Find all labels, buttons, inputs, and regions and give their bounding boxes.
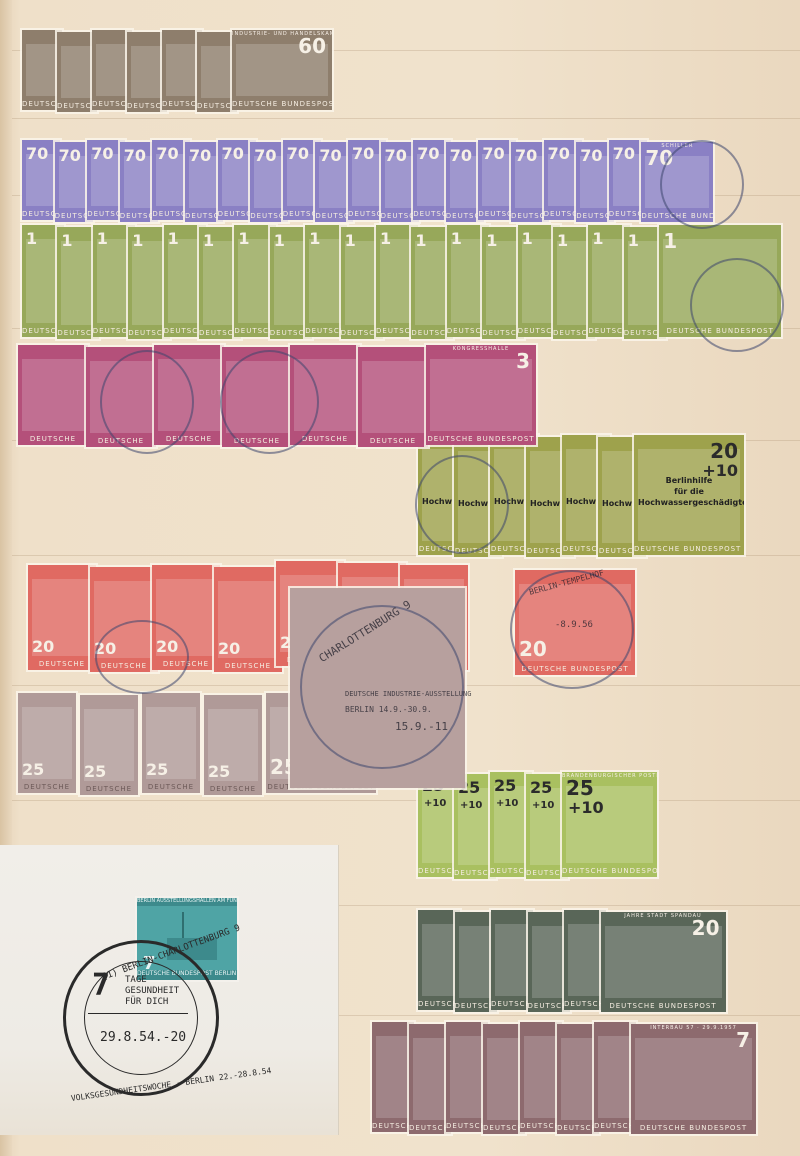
stamp-denomination: 20 — [692, 916, 720, 940]
stamp-overlapped: 7DEUTSCHE — [594, 1022, 636, 1132]
stamp-denomination: 1 — [486, 231, 497, 250]
stamp-vignette — [22, 359, 84, 431]
stamp-denomination: 25 — [566, 776, 594, 800]
stamp-surcharge: +10 — [496, 798, 518, 809]
stamp-full: 1DEUTSCHE BUNDESPOST — [659, 225, 781, 337]
stamp-overlapped: 3DEUTSCHE — [358, 347, 428, 447]
stamp-denomination: 20 — [32, 637, 54, 656]
stamp-vignette — [96, 44, 128, 96]
stamp-vignette — [380, 239, 414, 323]
strip-line — [12, 800, 800, 801]
stamp-caption: DEUTSCHE — [204, 785, 262, 793]
stamp-header: SCHILLER — [641, 143, 713, 149]
stamp-vignette — [203, 241, 237, 325]
stamp-vignette — [90, 361, 152, 433]
stamp-vignette — [663, 239, 777, 323]
stamp-overlapped: 25DEUTSCHE — [204, 695, 262, 795]
stamp-denomination: 1 — [415, 231, 426, 250]
stamp-vignette — [226, 361, 288, 433]
stamp-vignette — [557, 241, 591, 325]
stamp-caption: DEUTSCHE — [90, 662, 158, 670]
stamp-caption: DEUTSCHE — [483, 1124, 525, 1132]
stamp-denomination: 1 — [451, 229, 462, 248]
stamp-denomination: 70 — [417, 144, 439, 163]
stamp-vignette — [201, 46, 233, 98]
stamp-denomination: 1 — [274, 231, 285, 250]
postmark-text: DEUTSCHE INDUSTRIE-AUSSTELLUNG — [345, 690, 471, 698]
stamp-full: 25+10BRANDENBURGISCHER POSTREITER 1700DE… — [562, 772, 657, 877]
stamp-vignette — [362, 361, 424, 433]
postmark-text: 15.9.-11 — [395, 720, 448, 733]
stamp-surcharge: +10 — [568, 798, 604, 817]
stamp-vignette — [451, 239, 485, 323]
stamp-denomination: 1 — [132, 231, 143, 250]
stamp-overlapped: 7DEUTSCHE — [409, 1024, 451, 1134]
stamp-caption: DEUTSCHE — [557, 1124, 599, 1132]
stamp-vignette — [487, 1038, 521, 1120]
stamp-overprint: Hochw — [566, 497, 596, 506]
stamp-denomination: 1 — [203, 231, 214, 250]
stamp-caption: DEUTSCHE BUNDESPOST BERLIN — [634, 545, 744, 553]
stamp-denomination: 70 — [254, 146, 276, 165]
stamp-full: 7INTERBAU 57 · 29.9.1957DEUTSCHE BUNDESP… — [631, 1024, 756, 1134]
stamp-vignette — [422, 924, 456, 996]
stamp-overlapped: 60DEUTSCHE — [22, 30, 62, 110]
stamp-vignette — [26, 44, 58, 96]
stamp-denomination: 70 — [222, 144, 244, 163]
stamp-overlapped: 60DEUTSCHE — [92, 30, 132, 110]
stamp-overlapped: 7DEUTSCHE — [557, 1024, 599, 1134]
stamp-denomination: 25 — [146, 760, 168, 779]
stamp-denomination: 70 — [287, 144, 309, 163]
stamp-denomination: 1 — [557, 231, 568, 250]
stamp-denomination: 1 — [522, 229, 533, 248]
stamp-caption: DEUTSCHE — [520, 1122, 562, 1130]
stamp-denomination: 70 — [450, 146, 472, 165]
stamp-caption: DEUTSCHE — [92, 100, 132, 108]
stamp-caption: DEUTSCHE — [214, 662, 282, 670]
stamp-denomination: 20 — [156, 637, 178, 656]
stamp-overprint: Hochw — [602, 499, 632, 508]
stamp-caption: DEUTSCHE — [28, 660, 96, 668]
stamp-vignette — [168, 239, 202, 323]
stamp-vignette — [459, 926, 493, 998]
stamp-overlapped: 7DEUTSCHE — [520, 1022, 562, 1132]
stamp-vignette — [628, 241, 662, 325]
stamp-overlapped: 3DEUTSCHE — [154, 345, 224, 445]
stamp-caption: DEUTSCHE — [18, 783, 76, 791]
stamp-denomination: 20 — [519, 637, 547, 661]
stamp-vignette — [592, 239, 626, 323]
stamp-vignette — [568, 924, 602, 996]
stamp-vignette — [415, 241, 449, 325]
stamp-caption: DEUTSCHE BUNDESPOST — [232, 100, 332, 108]
stamp-denomination: 25 — [22, 760, 44, 779]
stamp-denomination: 1 — [26, 229, 37, 248]
postmark-center-text: TAGE GESUNDHEIT FÜR DICH — [125, 975, 195, 1008]
stamp-denomination: 70 — [189, 146, 211, 165]
stamp-denomination: 70 — [156, 144, 178, 163]
stamp-header: BRANDENBURGISCHER POSTREITER 1700 — [562, 773, 657, 779]
stamp-caption: DEUTSCHE — [409, 1124, 451, 1132]
stamp-vignette — [522, 239, 556, 323]
stamp-header: INDUSTRIE- UND HANDELSKAMMER MIT BÖRSE — [232, 31, 332, 37]
stamp-caption: DEUTSCHE — [57, 102, 97, 110]
stamp-caption: DEUTSCHE — [197, 102, 237, 110]
stamp-denomination: 1 — [345, 231, 356, 250]
strip-line — [12, 555, 800, 556]
stamp-caption: DEUTSCHE — [22, 100, 62, 108]
stamp-full: 70SCHILLERDEUTSCHE BUNDESPOST — [641, 142, 713, 222]
stamp-denomination: 1 — [380, 229, 391, 248]
stamp-caption: DEUTSCHE — [372, 1122, 414, 1130]
stamp-caption: DEUTSCHE — [152, 660, 220, 668]
stamp-overlapped: 20DEUTSCHE — [28, 565, 96, 670]
stamp-vignette — [561, 1038, 595, 1120]
stamp-caption: DEUTSCHE BUNDESPOST — [601, 1002, 726, 1010]
stamp-caption: DEUTSCHE — [127, 102, 167, 110]
stamp-caption: DEUTSCHE — [222, 437, 292, 445]
stamp-vignette — [450, 1036, 484, 1118]
stamp-overlapped: 25DEUTSCHE — [18, 693, 76, 793]
stamp-caption: DEUTSCHE BUNDESPOST — [426, 435, 536, 443]
stamp-overlapped: 60DEUTSCHE — [127, 32, 167, 112]
stamp-overlapped: 3DEUTSCHE — [290, 345, 360, 445]
stamp-vignette — [413, 1038, 447, 1120]
stamp-overprint: Hochw — [494, 497, 524, 506]
stamp-vignette — [238, 239, 272, 323]
stamp-denomination: 70 — [124, 146, 146, 165]
stamp-denomination: 70 — [613, 144, 635, 163]
stamp-header: INTERBAU 57 · 29.9.1957 — [631, 1025, 756, 1031]
stamp-vignette — [132, 241, 166, 325]
stamp-overlapped: 20DEUTSCHE — [214, 567, 282, 672]
postmark-text: BERLIN 14.9.-30.9. — [345, 705, 432, 714]
stamp-caption: DEUTSCHE BUNDESPOST — [641, 212, 713, 220]
strip-line — [12, 118, 800, 119]
stamp-overprint: Berlinhilfe für die Hochwassergeschädigt… — [638, 475, 740, 508]
stamp-caption: DEUTSCHE — [18, 435, 88, 443]
stamp-overprint: Hochw — [422, 497, 452, 506]
stamp-denomination: 70 — [580, 146, 602, 165]
stamp-overlapped: 3DEUTSCHE — [18, 345, 88, 445]
stamp-vignette — [26, 239, 60, 323]
stamp-vignette — [61, 241, 95, 325]
stamp-header: KONGRESSHALLE — [426, 346, 536, 352]
stamp-caption: DEUTSCHE — [162, 100, 202, 108]
stamp-denomination: 1 — [238, 229, 249, 248]
stamp-overlapped: 20DEUTSCHE — [152, 565, 220, 670]
stamp-denomination: 20 — [218, 639, 240, 658]
stamp-vignette — [376, 1036, 410, 1118]
stamp-overlapped: 3DEUTSCHE — [222, 347, 292, 447]
stamp-surcharge: +10 — [460, 800, 482, 811]
stamp-caption: DEUTSCHE — [594, 1122, 636, 1130]
stamp-vignette — [635, 1038, 752, 1120]
stamp-vignette — [131, 46, 163, 98]
stamp-denomination: 70 — [59, 146, 81, 165]
stamp-denomination: 25 — [530, 778, 552, 797]
stamp-vignette — [166, 44, 198, 96]
stamp-overlapped: 25DEUTSCHE — [80, 695, 138, 795]
stamp-vignette — [598, 1036, 632, 1118]
stamp-denomination: 25 — [494, 776, 516, 795]
stamp-vignette — [345, 241, 379, 325]
stamp-full: 20+10Berlinhilfe für die Hochwassergesch… — [634, 435, 744, 555]
stamp-caption: DEUTSCHE — [358, 437, 428, 445]
stamp-overlapped: 7DEUTSCHE — [372, 1022, 414, 1132]
stamp-denomination: 20 — [94, 639, 116, 658]
stamp-vignette — [158, 359, 220, 431]
stamp-denomination: 70 — [352, 144, 374, 163]
stamp-caption: DEUTSCHE BUNDESPOST — [562, 867, 657, 875]
stamp-denomination: 1 — [61, 231, 72, 250]
stamp-full: 60INDUSTRIE- UND HANDELSKAMMER MIT BÖRSE… — [232, 30, 332, 110]
stamp-denomination: 70 — [515, 146, 537, 165]
stamp-vignette — [495, 924, 529, 996]
stamp-denomination: 70 — [91, 144, 113, 163]
stamp-denomination: 70 — [385, 146, 407, 165]
stamp-denomination: 70 — [482, 144, 504, 163]
stamp-overlapped: 7DEUTSCHE — [446, 1022, 488, 1132]
stamp-vignette — [97, 239, 131, 323]
stamp-caption: DEUTSCHE — [446, 1122, 488, 1130]
stamp-vignette — [309, 239, 343, 323]
stamp-caption: DEUTSCHE BUNDESPOST — [631, 1124, 756, 1132]
stamp-denomination: 25 — [84, 762, 106, 781]
stamp-denomination: 70 — [26, 144, 48, 163]
postmark-date: 29.8.54.-20 — [100, 1030, 186, 1045]
stamp-overlapped: 60DEUTSCHE — [197, 32, 237, 112]
stamp-denomination: 60 — [298, 34, 326, 58]
stamp-surcharge: +10 — [532, 800, 554, 811]
stamp-caption: DEUTSCHE BUNDESPOST — [659, 327, 781, 335]
stamp-full: 20JAHRE STADT SPANDAUDEUTSCHE BUNDESPOST — [601, 912, 726, 1012]
stamp-overlapped: 3DEUTSCHE — [86, 347, 156, 447]
stamp-denomination: 7 — [736, 1028, 750, 1052]
stamp-vignette — [532, 926, 566, 998]
stamp-overlapped: 60DEUTSCHE — [57, 32, 97, 112]
stamp-caption: DEUTSCHE — [290, 435, 360, 443]
stamp-denomination: 70 — [319, 146, 341, 165]
stamp-denomination: 1 — [663, 229, 677, 253]
stamp-overprint: Hochw — [530, 499, 560, 508]
stamp-denomination: 1 — [309, 229, 320, 248]
envelope-stamp-header: BERLIN AUSSTELLUNGSHALLEN AM FUNKTURM — [137, 898, 237, 906]
stamp-caption: DEUTSCHE — [86, 437, 156, 445]
stamp-denomination: 1 — [168, 229, 179, 248]
stamp-overlapped: 25DEUTSCHE — [142, 693, 200, 793]
stamp-surcharge: +10 — [424, 798, 446, 809]
stamp-denomination: 1 — [628, 231, 639, 250]
stamp-overlapped: 60DEUTSCHE — [162, 30, 202, 110]
stamp-vignette — [61, 46, 93, 98]
stamp-denomination: 25 — [208, 762, 230, 781]
stamp-overprint: Hochw — [458, 499, 488, 508]
stamp-caption: DEUTSCHE — [80, 785, 138, 793]
stamp-denomination: 3 — [516, 349, 530, 373]
stamp-denomination: 1 — [592, 229, 603, 248]
postmark-text: -8.9.56 — [555, 620, 593, 630]
stamp-overlapped: 7DEUTSCHE — [483, 1024, 525, 1134]
stamp-denomination: 70 — [548, 144, 570, 163]
stamp-denomination: 70 — [645, 146, 673, 170]
stamp-header: JAHRE STADT SPANDAU — [601, 913, 726, 919]
stamp-caption: DEUTSCHE — [142, 783, 200, 791]
stamp-full: 3KONGRESSHALLEDEUTSCHE BUNDESPOST — [426, 345, 536, 445]
stamp-vignette — [524, 1036, 558, 1118]
stamp-caption: DEUTSCHE BUNDESPOST — [515, 665, 635, 673]
stamp-vignette — [294, 359, 356, 431]
stamp-vignette — [486, 241, 520, 325]
postmark-numeral: 7 — [92, 968, 110, 1003]
stamp-vignette — [274, 241, 308, 325]
stamp-overlapped: 20DEUTSCHE — [90, 567, 158, 672]
stamp-denomination: 20 — [710, 439, 738, 463]
stamp-caption: DEUTSCHE — [154, 435, 224, 443]
stamp-denomination: 1 — [97, 229, 108, 248]
